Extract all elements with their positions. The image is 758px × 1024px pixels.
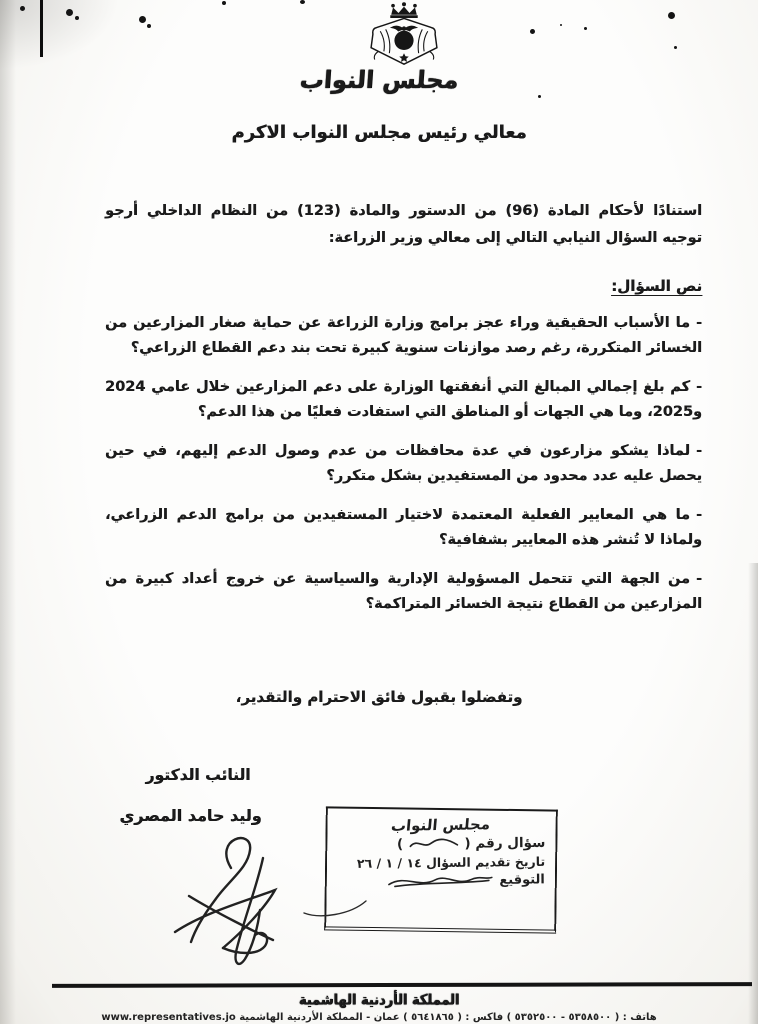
scan-speckle <box>147 24 151 28</box>
question-text: ما الأسباب الحقيقية وراء عجز برامج وزارة… <box>105 315 702 356</box>
closing-salutation: وتفضلوا بقبول فائق الاحترام والتقدير، <box>0 688 758 706</box>
signatory-title: النائب الدكتور <box>118 766 278 784</box>
question-text: كم بلغ إجمالي المبالغ التي أنفقتها الوزا… <box>105 379 702 420</box>
question-item: -من الجهة التي تتحمل المسؤولية الإدارية … <box>105 567 702 617</box>
jordan-coat-of-arms-icon <box>358 2 450 66</box>
footer-kingdom-calligraphy: المملكة الأردنية الهاشمية <box>0 992 758 1009</box>
stamp-signature-tail <box>300 895 370 921</box>
question-text: ما هي المعايير الفعلية المعتمدة لاختيار … <box>105 507 702 548</box>
footer-divider <box>52 982 752 988</box>
question-item: -لماذا يشكو مزارعون في عدة محافظات من عد… <box>105 439 702 489</box>
scan-speckle <box>139 16 146 23</box>
bullet-dash: - <box>690 315 702 331</box>
bullet-dash: - <box>690 507 702 523</box>
stamp-signature-scribble <box>385 871 495 890</box>
scan-speckle <box>530 29 535 34</box>
stamp-parliament-name: مجلس النواب <box>335 814 547 836</box>
question-text: من الجهة التي تتحمل المسؤولية الإدارية و… <box>105 571 702 612</box>
stamp-question-number-close: ) <box>397 836 403 852</box>
stamp-question-number-label: سؤال رقم ( <box>464 835 545 852</box>
scan-right-shadow <box>748 563 758 1024</box>
bullet-dash: - <box>690 443 702 459</box>
question-item: -كم بلغ إجمالي المبالغ التي أنفقتها الوز… <box>105 375 702 425</box>
footer-contact-line: هاتف : ( ٥٣٥٨٥٠٠ - ٥٣٥٢٥٠٠ ) فاكس : ( ٥٦… <box>0 1012 758 1023</box>
bullet-dash: - <box>690 379 702 395</box>
stamp-question-number-line: سؤال رقم ( ) <box>335 835 545 853</box>
stamp-date-line: تاريخ تقديم السؤال ١٤ / ١ / ٢٦ <box>335 854 545 871</box>
question-item: -ما هي المعايير الفعلية المعتمدة لاختيار… <box>105 503 702 553</box>
question-section-label: نص السؤال: <box>611 277 702 295</box>
scan-corner-shadow <box>0 0 120 70</box>
stamp-signature-line: التوقيع <box>335 871 545 891</box>
handwritten-number-scribble <box>408 837 460 852</box>
bullet-dash: - <box>690 571 702 587</box>
signatory-name: وليد حامد المصري <box>98 806 283 825</box>
scan-speckle <box>584 27 587 30</box>
scan-speckle <box>20 6 25 11</box>
question-text: لماذا يشكو مزارعون في عدة محافظات من عدم… <box>105 443 702 484</box>
letter-body: استنادًا لأحكام المادة (96) من الدستور و… <box>105 198 702 631</box>
intro-paragraph: استنادًا لأحكام المادة (96) من الدستور و… <box>105 198 702 252</box>
scan-speckle <box>674 46 677 49</box>
stamp-signature-label: التوقيع <box>499 872 545 887</box>
question-item: -ما الأسباب الحقيقية وراء عجز برامج وزار… <box>105 311 702 361</box>
scanned-letter-page: مجلس النواب معالي رئيس مجلس النواب الاكر… <box>0 0 758 1024</box>
scan-speckle <box>75 16 79 20</box>
scan-speckle <box>668 12 675 19</box>
scan-edge-line <box>40 0 43 57</box>
scan-speckle <box>300 0 305 4</box>
parliament-calligraphy-logo: مجلس النواب <box>0 66 758 94</box>
scan-speckle <box>538 95 541 98</box>
letter-title: معالي رئيس مجلس النواب الاكرم <box>0 122 758 143</box>
scan-speckle <box>66 9 73 16</box>
scan-left-shadow <box>0 0 16 1024</box>
handwritten-signature <box>145 834 315 984</box>
scan-speckle <box>222 1 226 5</box>
scan-speckle <box>560 24 562 26</box>
